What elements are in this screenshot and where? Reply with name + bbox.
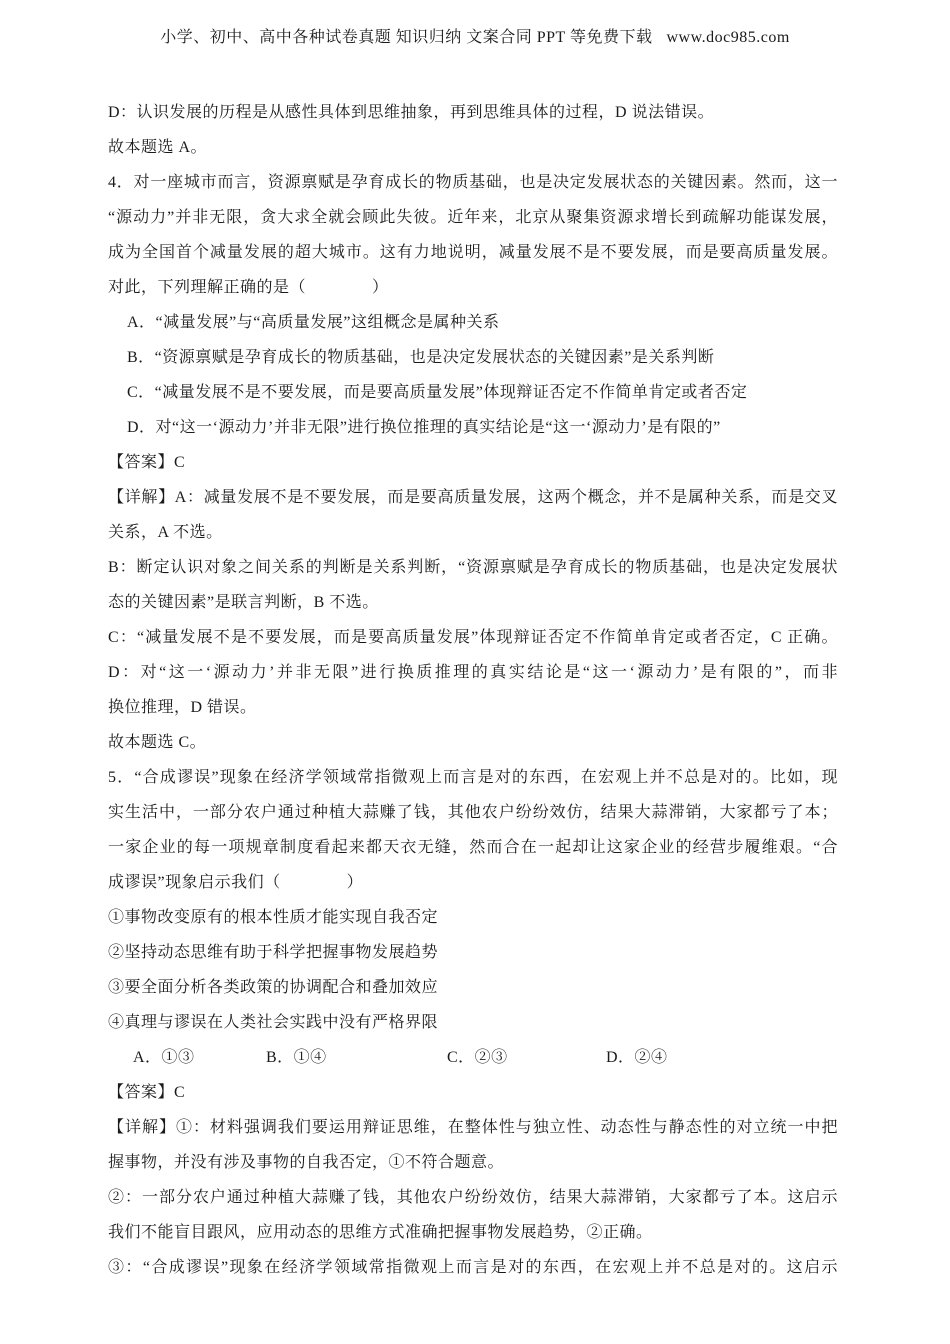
text-line: 故本题选 C。 [108,725,838,760]
text-line: 成为全国首个减量发展的超大城市。这有力地说明，减量发展不是不要发展，而是要高质量… [108,235,838,270]
header-url: www.doc985.com [667,29,790,46]
text-line: 【详解】①：材料强调我们要运用辩证思维，在整体性与独立性、动态性与静态性的对立统… [108,1110,838,1145]
option-choice: C．②③ [447,1040,508,1075]
text-line: 【答案】C [108,445,838,480]
text-line: 5．“合成谬误”现象在经济学领域常指微观上而言是对的东西，在宏观上并不总是对的。… [108,760,838,795]
option-choice: B．①④ [266,1040,327,1075]
text-line: 态的关键因素”是联言判断，B 不选。 [108,585,838,620]
text-line: 我们不能盲目跟风，应用动态的思维方式准确把握事物发展趋势，②正确。 [108,1215,838,1250]
text-line: 握事物，并没有涉及事物的自我否定，①不符合题意。 [108,1145,838,1180]
option-choice: A．①③ [133,1040,195,1075]
text-line: 关系，A 不选。 [108,515,838,550]
text-line: 【详解】A：减量发展不是不要发展，而是要高质量发展，这两个概念，并不是属种关系，… [108,480,838,515]
text-line: ②：一部分农户通过种植大蒜赚了钱，其他农户纷纷效仿，结果大蒜滞销，大家都亏了本。… [108,1180,838,1215]
text-line: ①事物改变原有的根本性质才能实现自我否定 [108,900,838,935]
text-line: 4．对一座城市而言，资源禀赋是孕育成长的物质基础，也是决定发展状态的关键因素。然… [108,165,838,200]
answer-options-row: A．①③B．①④C．②③D．②④ [108,1040,838,1075]
header-notice: 小学、初中、高中各种试卷真题 知识归纳 文案合同 PPT 等免费下载 [160,29,652,46]
document-page: 小学、初中、高中各种试卷真题 知识归纳 文案合同 PPT 等免费下载www.do… [0,0,950,1344]
text-line: 一家企业的每一项规章制度看起来都天衣无缝，然而合在一起却让这家企业的经营步履维艰… [108,830,838,865]
text-line: ④真理与谬误在人类社会实践中没有严格界限 [108,1005,838,1040]
text-line: ②坚持动态思维有助于科学把握事物发展趋势 [108,935,838,970]
text-line: 【答案】C [108,1075,838,1110]
text-line: B．“资源禀赋是孕育成长的物质基础，也是决定发展状态的关键因素”是关系判断 [108,340,838,375]
text-line: D．对“这一‘源动力’并非无限”进行换位推理的真实结论是“这一‘源动力’是有限的… [108,410,838,445]
text-line: “源动力”并非无限，贪大求全就会顾此失彼。近年来，北京从聚集资源求增长到疏解功能… [108,200,838,235]
option-choice: D．②④ [606,1040,668,1075]
text-line: 故本题选 A。 [108,130,838,165]
text-line: A．“减量发展”与“高质量发展”这组概念是属种关系 [108,305,838,340]
text-line: C．“减量发展不是不要发展，而是要高质量发展”体现辩证否定不作简单肯定或者否定 [108,375,838,410]
text-line: 成谬误”现象启示我们（ ） [108,865,838,900]
text-line: D：认识发展的历程是从感性具体到思维抽象，再到思维具体的过程，D 说法错误。 [108,95,838,130]
text-line: D：对“这一‘源动力’并非无限”进行换质推理的真实结论是“这一‘源动力’是有限的… [108,655,838,690]
text-line: B：断定认识对象之间关系的判断是关系判断，“资源禀赋是孕育成长的物质基础，也是决… [108,550,838,585]
text-line: C：“减量发展不是不要发展，而是要高质量发展”体现辩证否定不作简单肯定或者否定，… [108,620,838,655]
text-line: 对此，下列理解正确的是（ ） [108,270,838,305]
document-body: D：认识发展的历程是从感性具体到思维抽象，再到思维具体的过程，D 说法错误。故本… [108,95,838,1285]
text-line: ③要全面分析各类政策的协调配合和叠加效应 [108,970,838,1005]
site-header: 小学、初中、高中各种试卷真题 知识归纳 文案合同 PPT 等免费下载www.do… [0,24,950,47]
text-line: 实生活中，一部分农户通过种植大蒜赚了钱，其他农户纷纷效仿，结果大蒜滞销，大家都亏… [108,795,838,830]
text-line: ③：“合成谬误”现象在经济学领域常指微观上而言是对的东西，在宏观上并不总是对的。… [108,1250,838,1285]
text-line: 换位推理，D 错误。 [108,690,838,725]
